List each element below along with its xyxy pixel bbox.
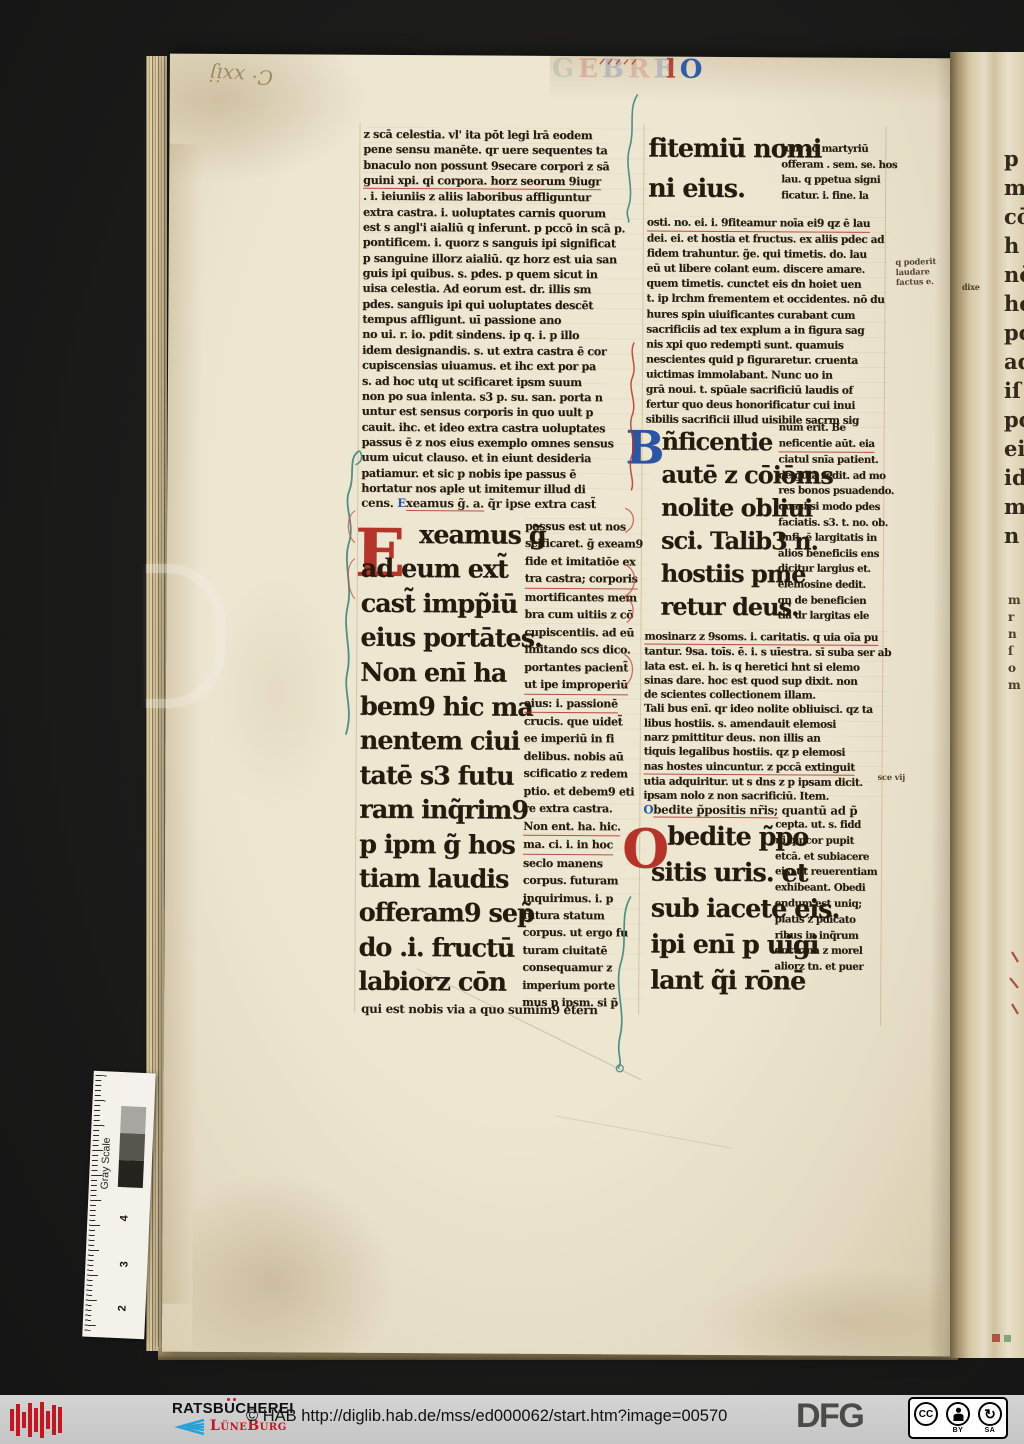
penwork-flourish-teal	[621, 92, 644, 224]
text-line: z scā celestia. vl' ita pōt legi lrā eod…	[363, 127, 592, 144]
parchment-stain	[702, 1267, 943, 1356]
text-line: do .i. fructū	[358, 931, 514, 966]
letter: n	[1008, 626, 1024, 643]
cc-by-icon	[946, 1402, 970, 1426]
text-line: de scientes collectionem illam.	[644, 688, 816, 703]
text-line: offeram . sem. se. hos	[781, 157, 897, 173]
text-line: . i. ieiuniis z aliis laboribus affligun…	[363, 189, 591, 206]
letter: ei	[1004, 434, 1024, 463]
text-line: qn de beneficien	[778, 593, 867, 609]
letter: E	[578, 54, 598, 84]
text-line: tempus affligunt. uī passione ano	[362, 312, 561, 329]
text-line: nentem ciui	[360, 724, 520, 759]
letter: m	[1004, 492, 1024, 521]
text-line: uisa celestia. Ad eorum est. dr. illis s…	[362, 281, 591, 298]
folio-mark: C· xxij	[209, 62, 273, 90]
text-line: Non ent. ha. hic.	[523, 817, 620, 836]
text-line: doctrina z morel	[774, 944, 862, 960]
lemma3-intro-underlined: bedite p̃positis nr̃is;	[653, 803, 778, 819]
text-line: libus hostiis. s. amendauit elemosi	[644, 716, 836, 731]
text-line: p sanguine illorz aialiū. qz horz est ui…	[363, 251, 617, 268]
gutter-note: dixe	[962, 282, 980, 292]
col1-last-line: qui est nobis via a quo sumim9 etern	[361, 1002, 598, 1017]
text-line: imperium porte	[522, 977, 615, 995]
text-line: uictimas immolabant. Nunc uo in	[646, 367, 833, 383]
text-line: idem designandis. s. ut extra castra ē c…	[362, 343, 606, 360]
ruler-number: 0	[111, 1385, 123, 1392]
text-line: eius portātes.	[360, 621, 542, 657]
lemma-intro-underlined: xeamus g̃. a.	[406, 496, 484, 511]
text-line: quem timetis. cunctet eis dn hoiet uen	[647, 277, 862, 293]
text-line: aliorz tn. et puer	[774, 959, 863, 975]
text-line: no ui. r. io. pdit sindens. ip q. i. p i…	[362, 327, 579, 344]
text-line: bra cum uitiis z cō	[524, 606, 633, 624]
text-line: portantes pacient̃	[524, 658, 628, 676]
text-line: crucis. que uidet̃	[524, 713, 623, 731]
letter: iſ	[1004, 376, 1024, 405]
text-line: corpus. futuram	[523, 872, 618, 890]
ruler-number: 3	[118, 1261, 130, 1268]
letter: he	[1004, 289, 1024, 318]
letter: n	[1004, 521, 1024, 550]
crease-line	[555, 1115, 732, 1148]
text-line: neficentie aūt. eia	[779, 436, 875, 453]
manuscript-page: C· xxij GEBRE lO z scā celestia. vl' ita…	[162, 54, 962, 1357]
text-line: pene sensu manēte. qr uere sequentes ta	[363, 142, 607, 159]
col2-body1-text: osti. no. ei. i. 9fiteamur noīa ei9 qz ē…	[646, 216, 889, 430]
text-line: num erit. Be	[779, 420, 846, 436]
text-line: futura statum	[523, 907, 605, 925]
gray-patch	[121, 1079, 147, 1107]
text-line: alios beneficiis ens	[778, 546, 879, 562]
text-line: passus est ut nos	[525, 518, 626, 536]
text-line: dei. ei. et hostia et fructus. ex aliis …	[647, 232, 884, 249]
text-line: turam ciuitatē	[522, 942, 607, 960]
text-line: cast̃ impp̃iū	[361, 587, 518, 622]
text-line: ciatul snīa patient.	[778, 453, 878, 469]
gray-patch	[118, 1160, 144, 1188]
text-line: tiquis legalibus hostiis. qz p elemosi	[644, 745, 845, 761]
facing-color-fragment	[990, 1330, 1020, 1346]
penwork-curls-red	[618, 504, 643, 716]
text-line: re extra castra.	[523, 800, 612, 818]
letter: m	[1004, 173, 1024, 202]
cc-by-label: BY	[946, 1427, 970, 1434]
umlaut-dots	[227, 1398, 230, 1401]
text-line: pontificem. i. quorz s sanguis ipi signi…	[363, 235, 616, 252]
letter: po	[1004, 405, 1024, 434]
text-line: exhibeant. Obedi	[775, 880, 865, 896]
gray-patch	[119, 1133, 145, 1161]
text-line: endum est uniq;	[775, 896, 862, 912]
text-line: eū ut libere colant eum. discere amare.	[647, 262, 865, 278]
ruler-number: 2	[116, 1305, 128, 1312]
gray-scale-card: Gray Scale 4 3 2 1 0	[82, 1071, 156, 1339]
ruler-ticks-long	[84, 1075, 106, 1331]
text-line: seclo manens	[523, 854, 603, 872]
text-line: lau. q ppetua signi	[781, 173, 880, 189]
text-line: faciatis. s3. t. no. ob.	[778, 515, 888, 531]
letter: r	[1008, 609, 1024, 626]
gray-scale-patches	[118, 1079, 148, 1188]
text-line: tia dr largitas ele	[777, 608, 869, 624]
text-line: tantur. 9sa. toīs. ē. i. s uīestra. sī s…	[644, 645, 891, 661]
text-line: uum uicut clauso. et in eiunt desideria	[361, 450, 591, 467]
penwork-flourish-teal	[612, 892, 639, 1074]
text-line: consequamur z	[522, 959, 612, 977]
text-line: ee imperiū in fi	[524, 730, 614, 748]
text-line: nis xpi quo redempti sunt. quamuis	[646, 337, 843, 353]
text-line: fertur quo deus honorificatur cui inui	[646, 398, 855, 414]
text-line: est s angl'i aialiū q inferunt. p pccō i…	[363, 220, 625, 237]
text-line: s. ad hoc utq ut scificaret ipsm suum	[362, 373, 582, 390]
running-title-solid: lO	[664, 55, 705, 85]
cc-sa-wrap: ↻ SA	[978, 1402, 1002, 1434]
facing-text-fragments-small: mrnſom	[1008, 592, 1024, 712]
text-line: passus ē z nos eius exemplo omnes sensus	[362, 435, 614, 452]
library-logo-bars	[10, 1395, 62, 1444]
logo-bar	[58, 1407, 62, 1433]
text-line: imitando scs dico.	[524, 641, 630, 659]
logo-bar	[22, 1412, 26, 1428]
letter: nō	[1004, 260, 1024, 289]
gray-patch	[120, 1106, 146, 1134]
col2-opening-gloss: lum ad martyriūofferam . sem. se. hoslau…	[781, 141, 885, 204]
text-line: eius: i. passionē	[524, 694, 618, 713]
text-line: Non enī ha	[360, 655, 506, 690]
text-line: scificatio z redem	[524, 765, 628, 783]
text-line: labiorz cōn	[358, 965, 506, 1000]
col1-lemma-text: xeamus g̃ad eum ext̃cast̃ impp̃iūeius po…	[358, 518, 525, 1001]
cc-license-badge: CC BY ↻ SA	[908, 1397, 1008, 1439]
text-line: grā noui. t. spūale sacrificiū laudis of	[646, 383, 853, 399]
text-line: ficatur. i. fine. la	[781, 188, 868, 204]
text-line: ribus in inq̃rum	[775, 928, 859, 944]
letter: cō	[1004, 202, 1024, 231]
penwork-bracket-red	[625, 340, 642, 492]
text-line: etcā. et subiacere	[775, 849, 869, 865]
text-line: offeram9 sep̃	[359, 896, 534, 931]
text-line: sacrificiis ad tex explum a in figura sa…	[646, 322, 864, 338]
col2-lemma3-intro-line: Obedite p̃positis nr̃is; quantū ad p̃	[643, 802, 857, 817]
text-line: pdes. sanguis ipi qui uoluptates descēt	[362, 297, 593, 314]
text-line: lata est. ei. h. is q heretici hnt si el…	[644, 659, 859, 675]
col1-intro-text: z scā celestia. vl' ita pōt legi lrā eod…	[361, 127, 651, 498]
parchment-stain	[162, 144, 203, 1304]
logo-bar	[52, 1405, 56, 1435]
letter: pc	[1004, 318, 1024, 347]
text-line: ptio. et debem9 eti	[523, 783, 634, 801]
text-line: sinas dare. hoc est quod sup dixit. non	[644, 673, 857, 689]
text-line: untur est sensus corporis in quo uult p	[362, 404, 593, 421]
logo-bar	[46, 1411, 50, 1429]
text-line: dicitur largius et.	[778, 562, 871, 578]
book-waves-icon	[174, 1417, 206, 1437]
text-line: lum ad martyriū	[781, 141, 868, 157]
text-line: osti. no. ei. i. 9fiteamur noīa ei9 qz ē…	[647, 216, 870, 233]
text-line: guis ipi quibus. s. pdes. p quem sicut i…	[363, 266, 598, 283]
text-line: nas hostes uincuntur. z pccā extinguit	[644, 759, 855, 776]
cc-icon: CC	[914, 1402, 938, 1426]
logo-bar	[40, 1402, 44, 1438]
text-line: patiamur. et sic p nobis ipe passus ē	[361, 465, 576, 482]
letter: G	[552, 54, 574, 84]
text-line: cupiscensias uiuamus. et ihc ext por pa	[362, 358, 596, 375]
text-line: extra castra. i. uoluptates carnis quoru…	[363, 204, 606, 221]
col2-lemma2-gloss: num erit. Beneficentie aūt. eiaciatul sn…	[777, 420, 884, 624]
footer-bar: RATSBUCHEREI LüneBurg © HAB http://digli…	[0, 1395, 1024, 1444]
text-line: bnfi. ē largitatis in	[778, 530, 877, 546]
text-line: elemosine dedit.	[778, 577, 866, 593]
text-line: cepta. ut. s. fidd	[775, 817, 861, 833]
col2-lemma3-gloss: cepta. ut. s. fiddni q pcor pupitetcā. e…	[774, 817, 883, 976]
text-line: Tali bus enī. qr ideo nolite obliuisci. …	[644, 702, 873, 718]
penwork-curls-red	[343, 507, 360, 607]
logo-bar	[28, 1403, 32, 1437]
text-line: ñficentie	[662, 425, 773, 459]
lemma-intro-rest: q̃r ipse extra cast̃	[484, 497, 596, 512]
parchment-stain	[205, 574, 346, 815]
cc-by-wrap: BY	[946, 1402, 970, 1434]
letter: m	[1008, 592, 1024, 609]
text-line: ma. ci. i. in hoc	[523, 836, 613, 855]
letter: o	[1008, 660, 1024, 677]
letter: l	[666, 55, 676, 85]
letter: ad	[1004, 347, 1024, 376]
text-line: ni eius.	[648, 169, 745, 210]
text-line: utia adquiritur. ut s dns z p ipsam dici…	[643, 774, 862, 790]
text-line: xeamus g̃	[361, 518, 546, 554]
cc-sa-icon: ↻	[978, 1402, 1002, 1426]
text-line: eis. ut reuerentiam	[775, 865, 877, 881]
text-line: nescientes quid p figuraretur. cruenta	[646, 352, 858, 368]
cc-icon-wrap: CC	[914, 1402, 938, 1426]
text-line: cauit. ihc. et ideo extra castra uolupta…	[362, 419, 606, 436]
text-line: platis z pdicato	[775, 912, 856, 928]
text-line: narz pmittitur deus. non illis an	[644, 731, 821, 746]
text-line: tiam laudis	[359, 862, 509, 897]
text-line: t. ip lrchm frementem et occidentes. nō …	[646, 292, 884, 309]
text-line: ut ipe improperiū	[524, 676, 628, 695]
ruler-number: 1	[115, 1347, 127, 1354]
ruler-number: 4	[118, 1215, 130, 1222]
text-line: fidem trahuntur. g̃e. qui timetis. do. l…	[647, 247, 867, 263]
text-line: non po sua inlenta. s3 p. su. san. porta…	[362, 389, 603, 406]
text-line: hortatur nos aple ut imitemur illud di	[361, 481, 585, 498]
gray-scale-label: Gray Scale	[99, 1137, 113, 1189]
text-line: mosinarz z 9soms. i. caritatis. q uia oī…	[644, 630, 878, 647]
text-line: hures spin uiuificantes curabant cum	[646, 307, 855, 323]
text-line: ad eum ext̃	[361, 552, 508, 587]
letter: p	[1004, 144, 1024, 173]
marginal-note: sce vij	[878, 772, 906, 782]
cc-sa-label: SA	[978, 1427, 1002, 1434]
facing-text-fragments: pmcōhnōhepcadiſpoeiidmn	[1004, 144, 1024, 564]
logo-bar	[10, 1409, 14, 1431]
logo-bar	[16, 1404, 20, 1436]
letter: h	[1004, 231, 1024, 260]
letter: ſ	[1008, 643, 1024, 660]
text-line: bnaculo non possunt 9secare corpori z sā	[363, 157, 609, 174]
text-line: inquirimus. i. p	[523, 889, 613, 907]
text-line: de gula redit. ad mo	[778, 468, 885, 484]
text-line: p ipm g̃ hos	[359, 827, 515, 862]
col2-body2-text: mosinarz z 9soms. i. caritatis. q uia oī…	[643, 630, 888, 805]
text-line: bem9 hic ma	[360, 690, 533, 725]
letter: id	[1004, 463, 1024, 492]
lemma3-intro-rest: quantū ad p̃	[778, 803, 857, 817]
text-line: res bonos psuadendo.	[778, 484, 894, 500]
facing-page-edge: dixe pmcōhnōhepcadiſpoeiidmn mrnſom	[950, 52, 1024, 1358]
rubric-fragment	[598, 58, 642, 66]
text-line: guini xpi. qi corpora. horz seorum 9iugr	[363, 173, 601, 191]
facing-rubric-fragments	[1006, 948, 1024, 1018]
text-line: delibus. nobis aū	[524, 748, 624, 766]
text-line: ram inq̃rim9	[359, 793, 528, 828]
letter: O	[680, 55, 703, 85]
logo-bar	[34, 1408, 38, 1432]
letter: m	[1008, 677, 1024, 694]
text-line: tatē s3 futu	[359, 759, 513, 794]
dfg-logo: DFG	[796, 1397, 863, 1436]
attribution-text: © HAB http://diglib.hab.de/mss/ed000062/…	[246, 1407, 727, 1426]
parchment-stain	[192, 1174, 393, 1353]
text-line: ni q pcor pupit	[775, 833, 854, 849]
text-line: quasi si modo pdes	[778, 499, 880, 515]
